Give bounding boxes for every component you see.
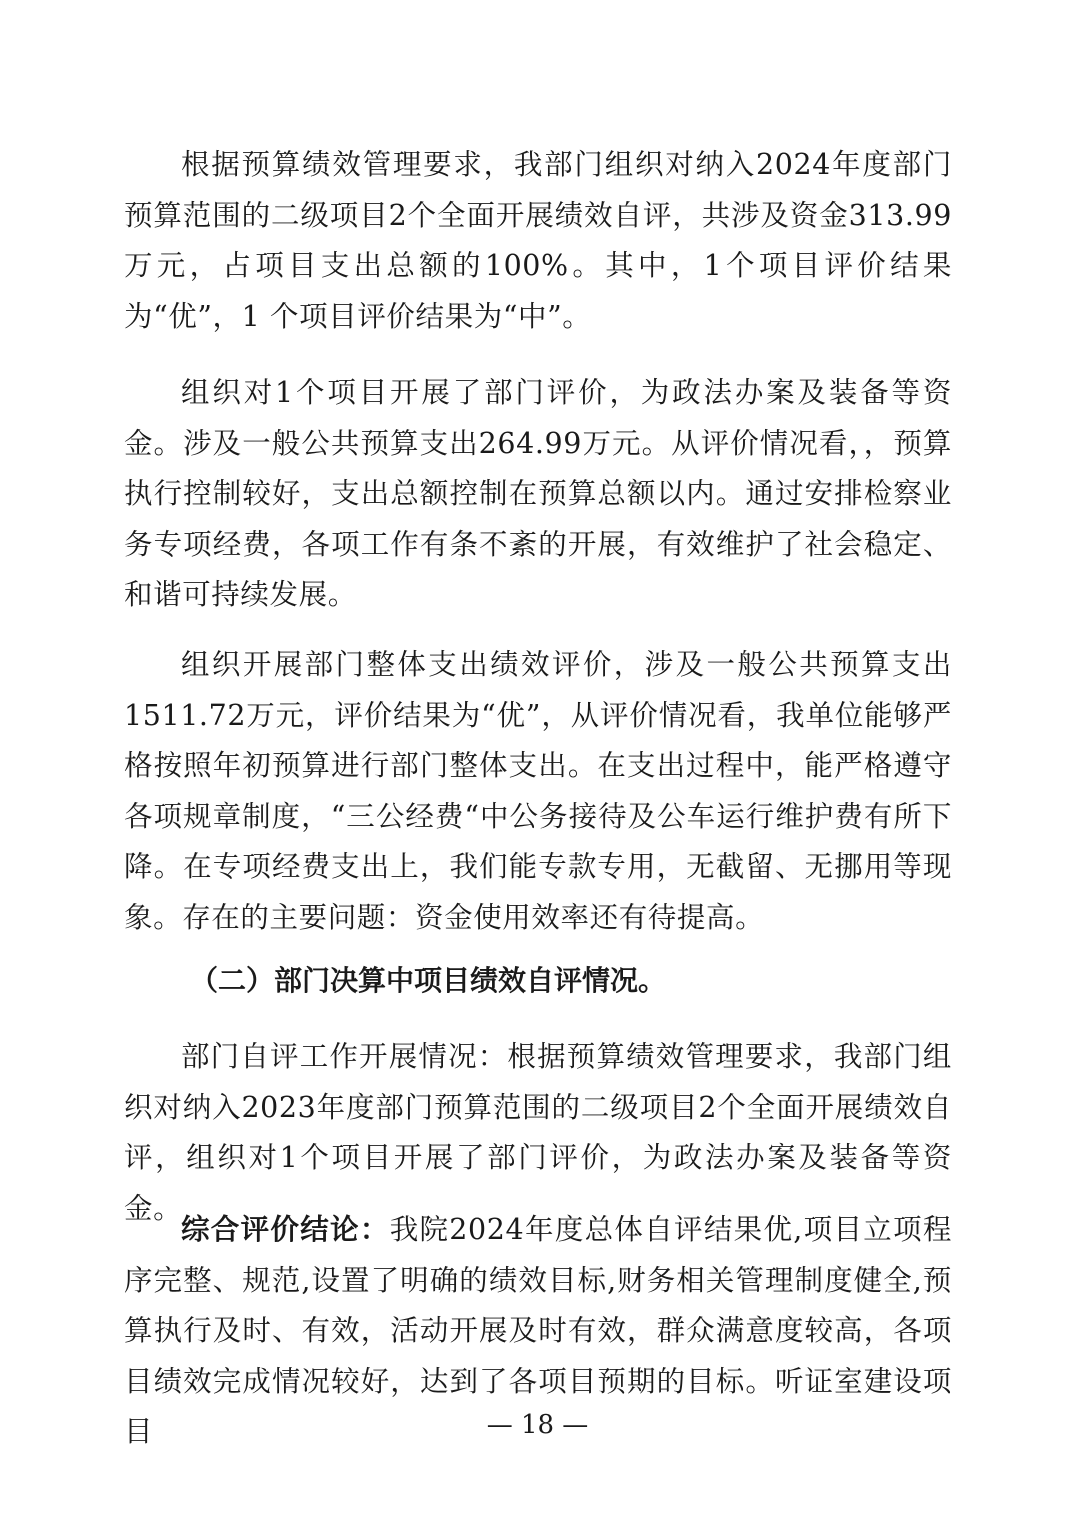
section-heading: （二）部门决算中项目绩效自评情况。 [190,961,666,1001]
paragraph-overall-expenditure-evaluation: 组织开展部门整体支出绩效评价，涉及一般公共预算支出1511.72万元，评价结果为… [124,640,952,943]
paragraph-self-evaluation-summary: 根据预算绩效管理要求，我部门组织对纳入2024年度部门预算范围的二级项目2个全面… [124,140,952,342]
page-number: — 18 — [0,1410,1075,1440]
paragraph-department-evaluation: 组织对1个项目开展了部门评价，为政法办案及装备等资金。涉及一般公共预算支出264… [124,368,952,621]
conclusion-lead: 综合评价结论： [181,1212,390,1246]
